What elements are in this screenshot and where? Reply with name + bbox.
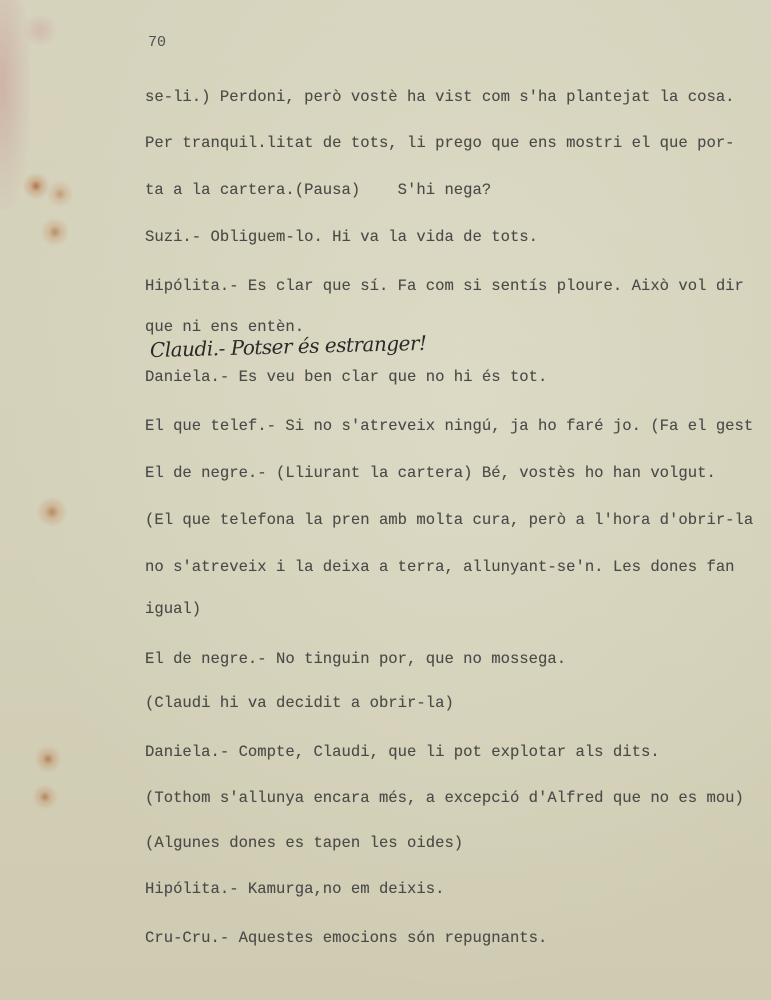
pink-stain <box>0 0 30 210</box>
rust-spot <box>34 745 62 773</box>
text-line: no s'atreveix i la deixa a terra, alluny… <box>145 558 735 576</box>
text-line: Daniela.- Es veu ben clar que no hi és t… <box>145 368 547 386</box>
text-line: El de negre.- No tinguin por, que no mos… <box>145 650 566 668</box>
rust-spot <box>32 784 58 810</box>
text-line: El que telef.- Si no s'atreveix ningú, j… <box>145 417 753 435</box>
text-line: Per tranquil.litat de tots, li prego que… <box>145 134 735 152</box>
text-line: Cru-Cru.- Aquestes emocions són repugnan… <box>145 929 547 947</box>
text-line: Suzi.- Obliguem-lo. Hi va la vida de tot… <box>145 228 538 246</box>
rust-spot <box>22 172 50 200</box>
text-line: Daniela.- Compte, Claudi, que li pot exp… <box>145 743 660 761</box>
text-line: ta a la cartera.(Pausa) S'hi nega? <box>145 181 491 199</box>
text-line: se-li.) Perdoni, però vostè ha vist com … <box>145 88 735 106</box>
text-line: (Tothom s'allunya encara més, a excepció… <box>145 789 744 807</box>
pink-stain <box>20 15 60 45</box>
text-line: El de negre.- (Lliurant la cartera) Bé, … <box>145 464 716 482</box>
rust-spot <box>36 496 68 528</box>
rust-spot <box>46 180 74 208</box>
text-line: (El que telefona la pren amb molta cura,… <box>145 511 753 529</box>
rust-spot <box>40 217 70 247</box>
text-line: Hipólita.- Es clar que sí. Fa com si sen… <box>145 277 744 295</box>
text-line: (Algunes dones es tapen les oides) <box>145 834 463 852</box>
text-line: que ni ens entèn. <box>145 318 304 336</box>
document-page: 70 se-li.) Perdoni, però vostè ha vist c… <box>0 0 771 1000</box>
text-line: igual) <box>145 600 201 618</box>
page-number: 70 <box>148 34 166 51</box>
text-line: (Claudi hi va decidit a obrir-la) <box>145 694 454 712</box>
text-line: Hipólita.- Kamurga,no em deixis. <box>145 880 444 898</box>
